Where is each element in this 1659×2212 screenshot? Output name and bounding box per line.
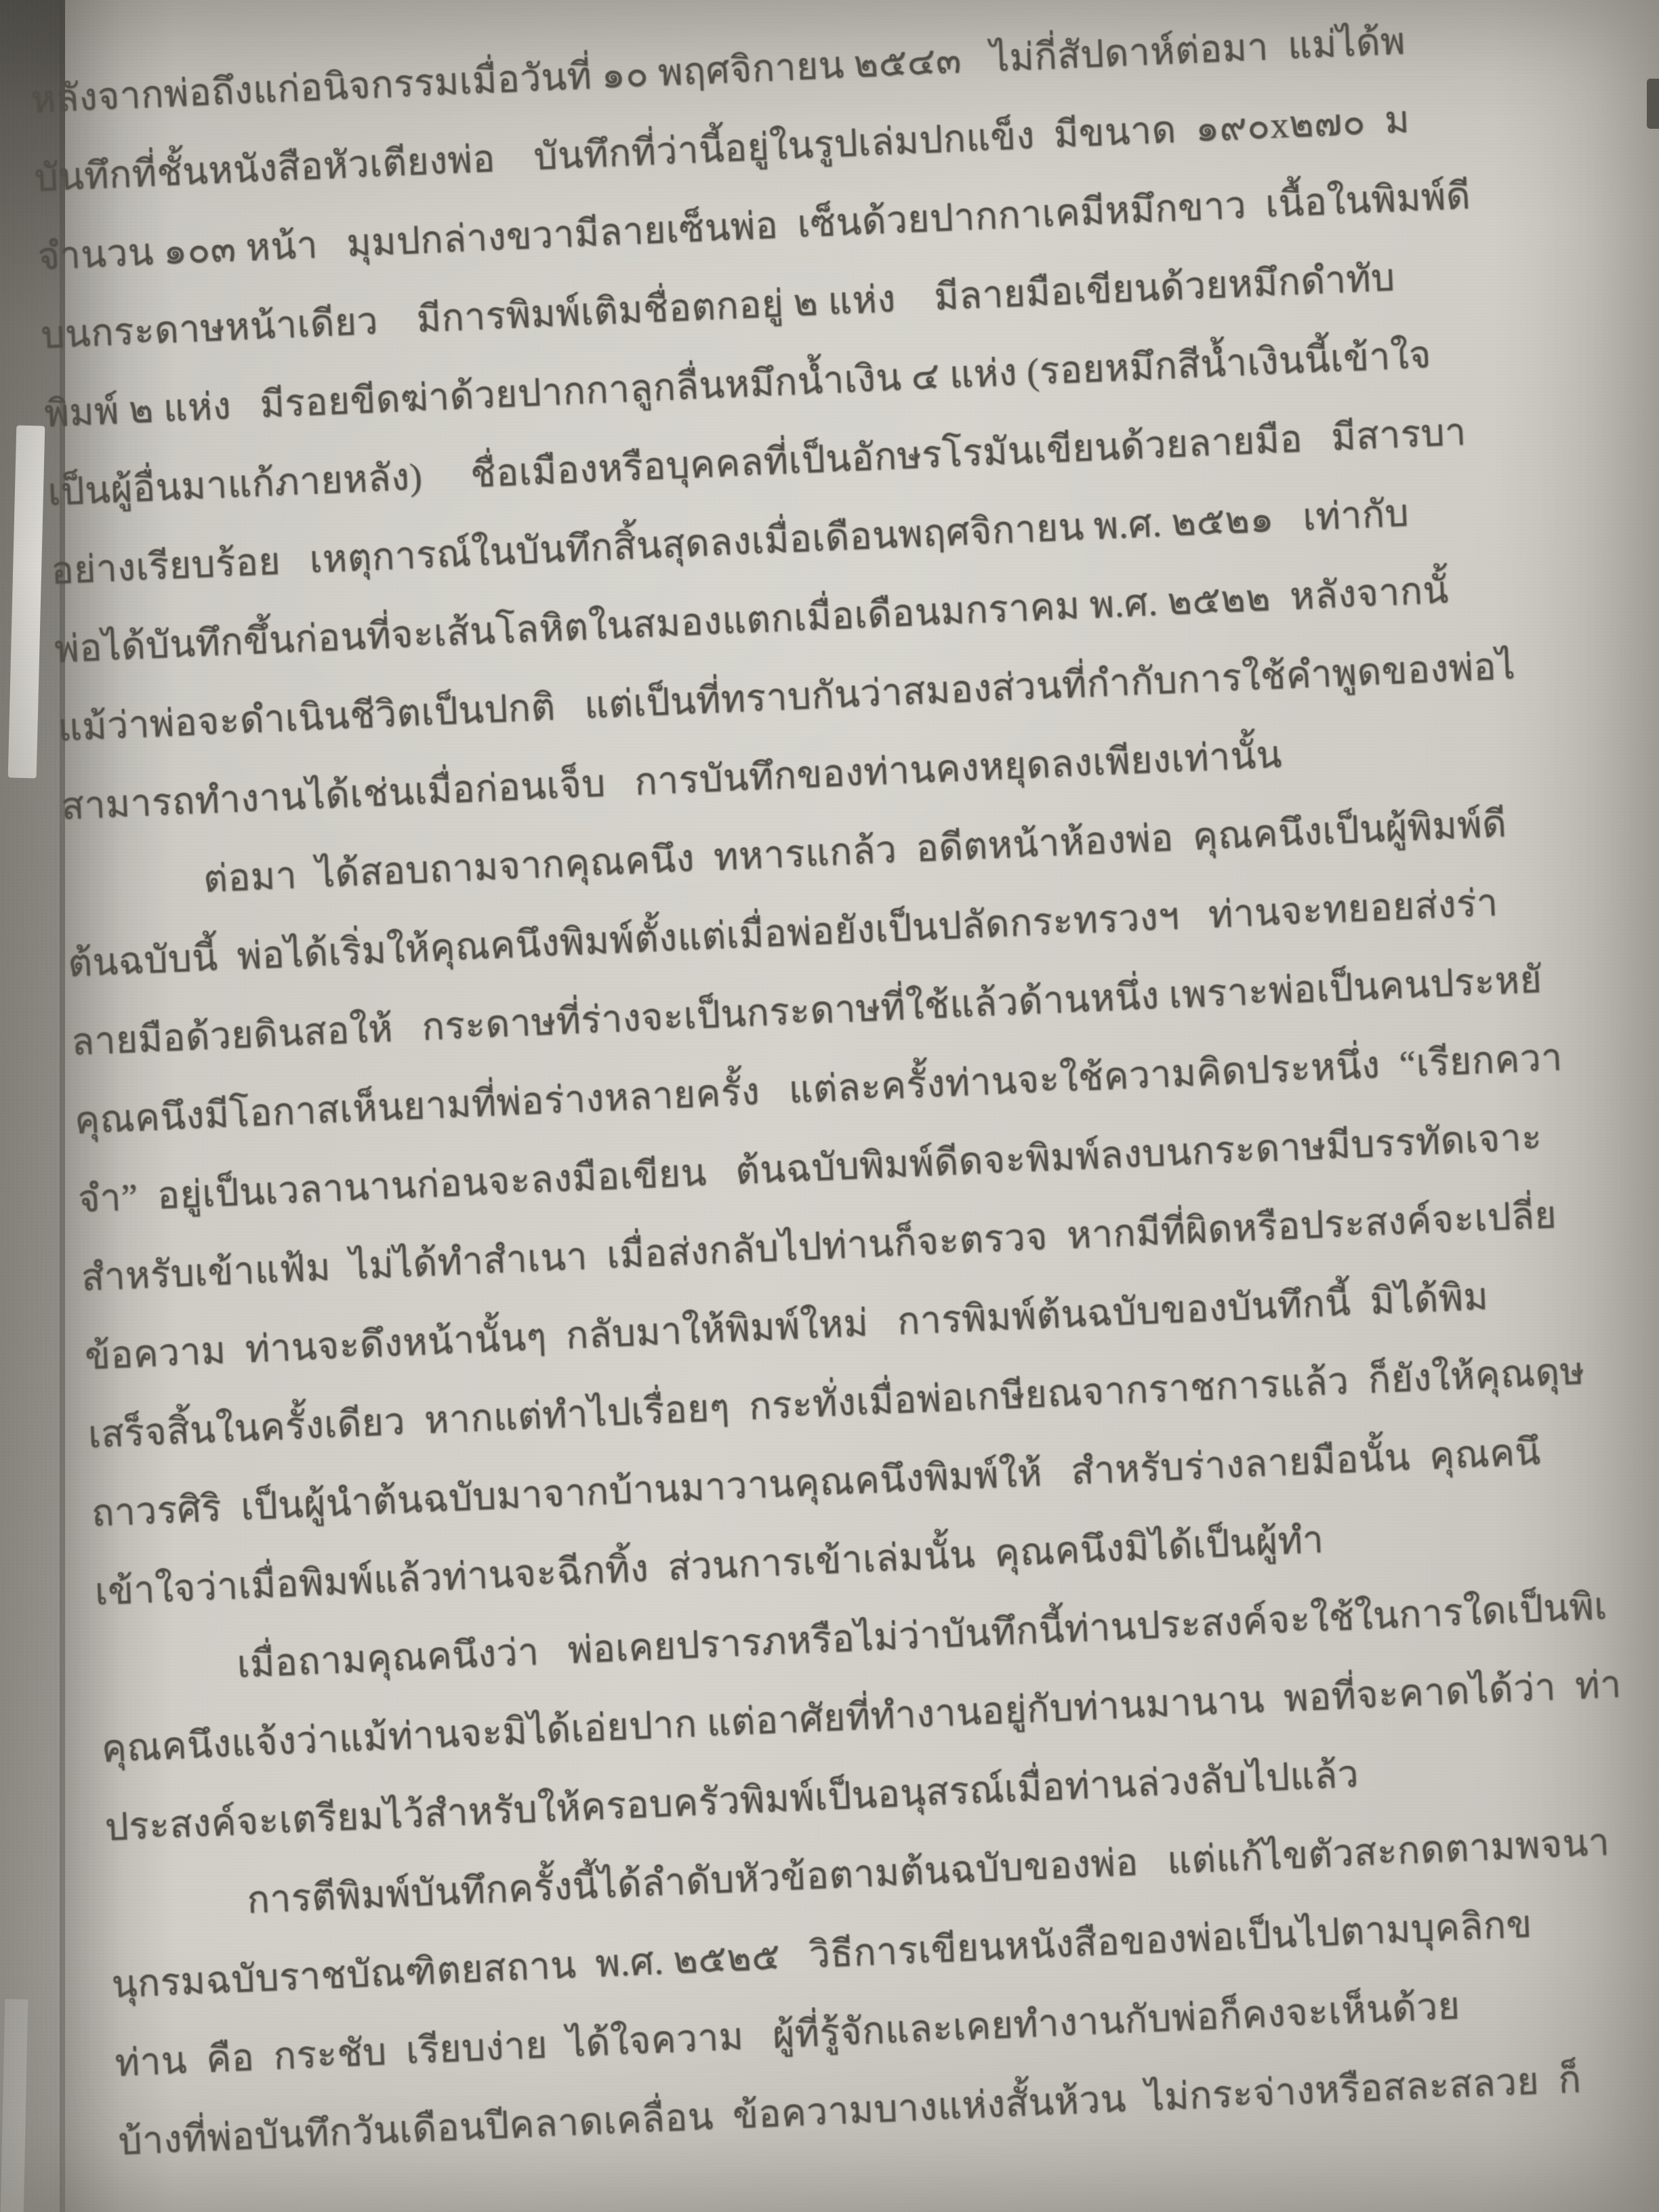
book-page-photo: หลังจากพ่อถึงแก่อนิจกรรมเมื่อวันที่ ๑๐ พ…: [0, 0, 1659, 2212]
paragraph: ต่อมา ได้สอบถามจากคุณคนึง ทหารแกล้ว อดีต…: [63, 770, 1659, 1631]
paragraph: หลังจากพ่อถึงแก่อนิจกรรมเมื่อวันที่ ๑๐ พ…: [29, 0, 1659, 846]
text-block: หลังจากพ่อถึงแก่อนิจกรรมเมื่อวันที่ ๑๐ พ…: [29, 0, 1659, 2182]
page-fore-edge-lower: [1, 1999, 28, 2212]
